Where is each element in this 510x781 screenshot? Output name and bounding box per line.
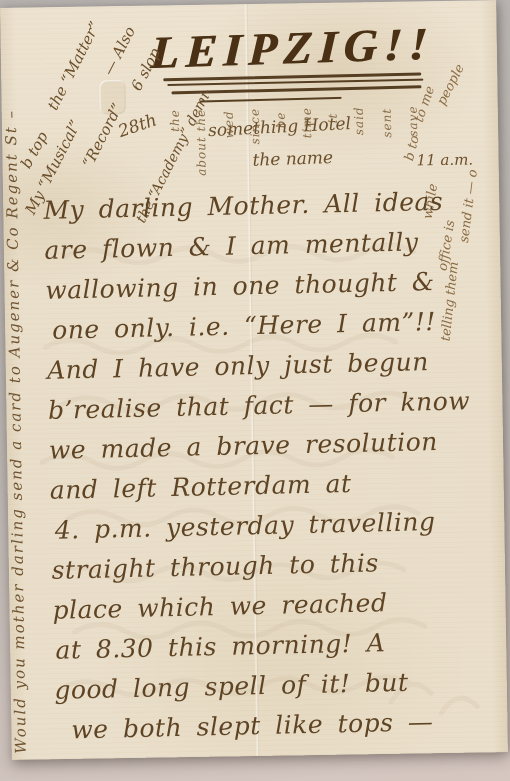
cross-note-vertical: it: [326, 113, 340, 124]
photo-backdrop: Would you mother darling send a card to …: [0, 0, 510, 781]
letter-body: My darling Mother. All ideas are flown &…: [43, 181, 508, 751]
cross-note-vertical: the: [168, 109, 182, 132]
title-underline-4: [200, 97, 342, 103]
cross-note-vertical: said: [352, 106, 366, 135]
cross-note-horizontal: the name: [252, 148, 333, 171]
right-margin-note: people: [434, 62, 467, 108]
letter-line: we both slept like tops —: [71, 700, 508, 750]
cross-note-vertical: be: [274, 111, 288, 128]
cross-note-vertical: about the: [194, 109, 209, 176]
page-title: LEIPZIG!!: [149, 17, 435, 79]
cross-note-vertical: wed: [222, 110, 236, 138]
letter-page: Would you mother darling send a card to …: [0, 0, 508, 760]
cross-note-vertical: time: [300, 107, 314, 138]
time-note: 11 a.m.: [416, 151, 473, 170]
margin-note-diagonal: — Also: [99, 24, 139, 79]
cross-note-vertical: sent: [380, 108, 394, 138]
margin-note-diagonal: the “Matter”: [44, 18, 104, 113]
left-margin-note: Would you mother darling send a card to …: [0, 14, 30, 754]
cross-note-vertical: since: [248, 108, 263, 145]
right-margin-note: to me: [412, 84, 438, 124]
